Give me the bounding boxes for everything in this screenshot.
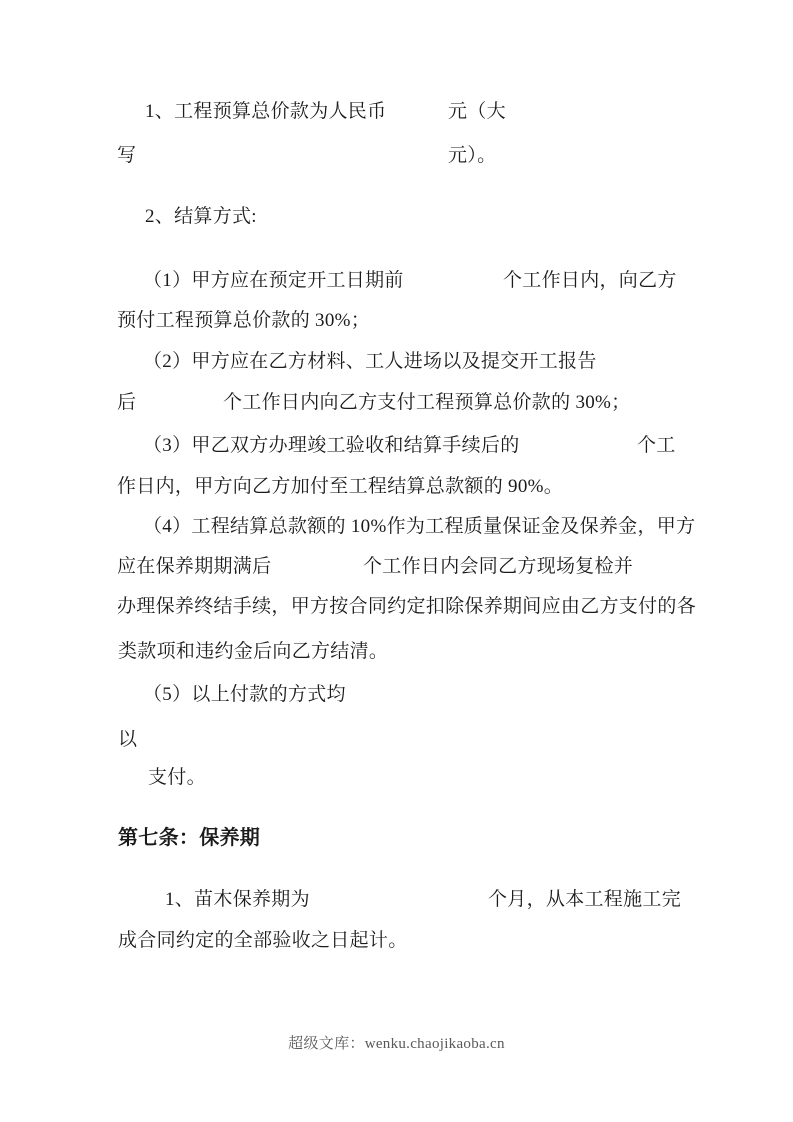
item5-line1-text: （5）以上付款的方式均 <box>143 683 346 707</box>
item2-line2-text: 后 <box>117 391 136 415</box>
budget-line1-tail: 元（大 <box>448 100 506 124</box>
page-footer: 超级文库：wenku.chaojikaoba.cn <box>0 1034 793 1054</box>
item4-line2-tail: 个工作日内会同乙方现场复检并 <box>363 555 633 579</box>
document-page: 1、工程预算总价款为人民币 元（大 写 元）。 2、结算方式: （1）甲方应在预… <box>0 0 793 1122</box>
budget-line2-text: 写 <box>117 144 136 168</box>
footer-site-url-link[interactable]: wenku.chaojikaoba.cn <box>365 1036 505 1052</box>
item2-line2-tail: 个工作日内向乙方支付工程预算总价款的 30%； <box>223 391 630 415</box>
item1-line2-text: 预付工程预算总价款的 30%； <box>117 309 370 333</box>
clause7-heading: 第七条：保养期 <box>118 826 260 850</box>
item4-line2-text: 应在保养期期满后 <box>117 555 271 579</box>
clause7-item1-line2-text: 成合同约定的全部验收之日起计。 <box>118 929 408 953</box>
item1-line1-tail: 个工作日内，向乙方 <box>503 269 677 293</box>
clause7-item1-line1-tail: 个月，从本工程施工完 <box>488 888 681 912</box>
item5-line2-text: 以 <box>118 728 137 752</box>
item3-line1-text: （3）甲乙双方办理竣工验收和结算手续后的 <box>143 434 520 458</box>
item4-line3-text: 办理保养终结手续，甲方按合同约定扣除保养期间应由乙方支付的各 <box>117 595 696 619</box>
budget-line2-tail: 元）。 <box>448 144 496 168</box>
item3-line2-text: 作日内，甲方向乙方加付至工程结算总款额的 90%。 <box>117 475 563 499</box>
item4-line4-text: 类款项和违约金后向乙方结清。 <box>118 640 388 664</box>
budget-line1-text: 1、工程预算总价款为人民币 <box>145 100 386 124</box>
item2-line1-text: （2）甲方应在乙方材料、工人进场以及提交开工报告 <box>143 350 597 374</box>
footer-site-label: 超级文库： <box>288 1036 365 1052</box>
item1-line1-text: （1）甲方应在预定开工日期前 <box>143 269 404 293</box>
settlement-heading: 2、结算方式: <box>145 205 257 229</box>
item5-line3-text: 支付。 <box>148 766 206 790</box>
clause7-item1-line1-text: 1、苗木保养期为 <box>165 888 310 912</box>
item4-line1-text: （4）工程结算总款额的 10%作为工程质量保证金及保养金，甲方 <box>143 515 695 539</box>
item3-line1-tail: 个工 <box>637 434 676 458</box>
